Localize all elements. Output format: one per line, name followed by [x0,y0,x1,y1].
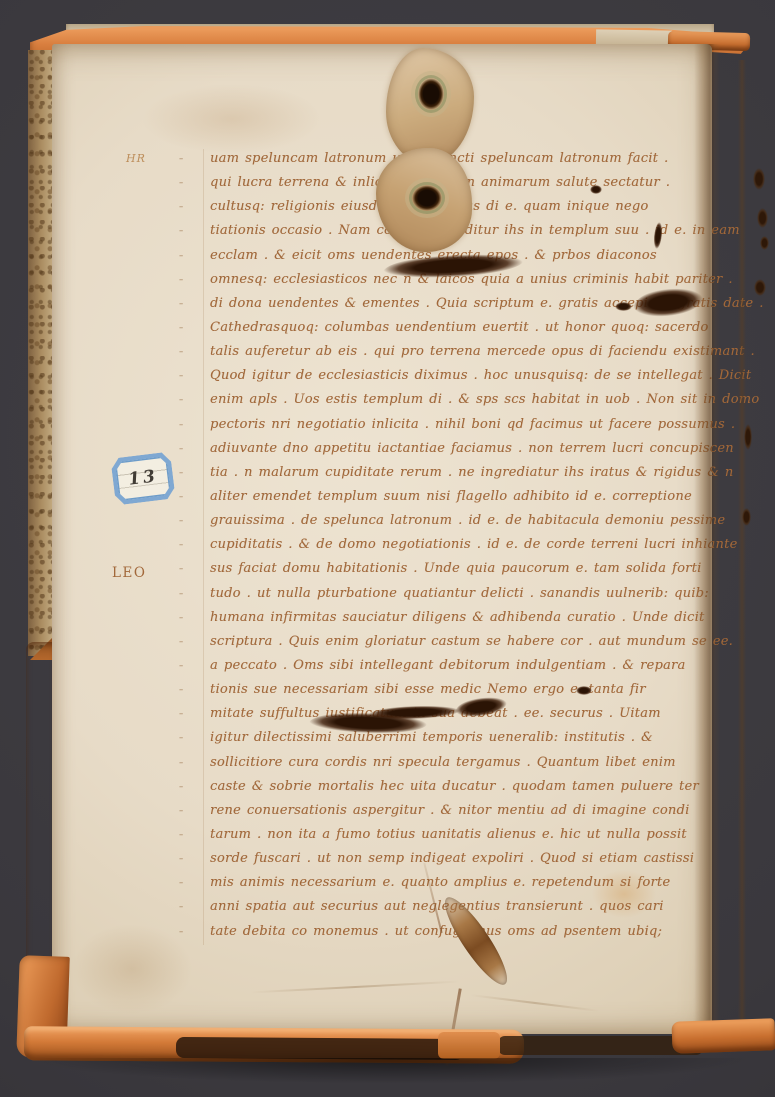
shelfmark-stamp: 13 [110,452,175,506]
manuscript-line: caste & sobrie mortalis hec uita ducatur… [210,775,715,799]
wormhole [754,279,766,296]
manuscript-line: humana infirmitas sauciatur diligens & a… [210,606,715,630]
stamp-number: 13 [117,465,170,492]
manuscript-photo: uam speluncam latronum ulum cuncti spelu… [0,0,775,1097]
book-cast-shadow [26,1058,756,1084]
manuscript-line: pectoris nri negotiatio inlicita . nihil… [210,413,715,437]
leather-bottom-right [671,1018,775,1054]
manuscript-line: grauissima . de spelunca latronum . id e… [210,509,715,533]
quire-mark: HR [126,152,146,165]
wormhole [742,508,751,526]
manuscript-line: sus faciat domu habitationis . Unde quia… [210,557,715,581]
manuscript-line: Quod igitur de ecclesiasticis diximus . … [210,364,715,388]
fore-edge-fold [738,60,746,1030]
wormhole [753,168,765,190]
parchment-hole [418,78,444,110]
crease-line [250,981,460,994]
manuscript-line: Cathedrasquoq: columbas uendentium euert… [210,316,715,340]
leather-bottom-piece [438,1032,500,1059]
wormhole [744,424,752,450]
author-mark-leo: LEO [112,565,146,581]
bottom-dark-gutter [176,1037,464,1060]
manuscript-line: mis animis necessarium e. quanto amplius… [210,871,715,895]
stain [142,84,322,154]
manuscript-line: sollicitiore cura cordis nri specula ter… [210,751,715,775]
parchment-hole [412,185,442,211]
manuscript-line: aliter emendet templum suum nisi flagell… [210,485,715,509]
gutter-shadow [694,44,720,1040]
manuscript-line: tudo . ut nulla pturbatione quatiantur d… [210,582,715,606]
manuscript-line: cupiditatis . & de domo negotiationis . … [210,533,715,557]
wormhole [757,208,768,228]
parchment-page: uam speluncam latronum ulum cuncti spelu… [52,44,712,1034]
manuscript-line: scriptura . Quis enim gloriatur castum s… [210,630,715,654]
manuscript-line: a peccato . Oms sibi intellegant debitor… [210,654,715,678]
manuscript-line: tarum . non ita a fumo totius uanitatis … [210,823,715,847]
manuscript-line: igitur dilectissimi saluberrimi temporis… [210,726,715,750]
manuscript-line: sorde fuscari . ut non semp indigeat exp… [210,847,715,871]
manuscript-line: enim apls . Uos estis templum di . & sps… [210,388,715,412]
stamp-frame: 13 [115,456,171,501]
manuscript-line: tionis sue necessariam sibi esse medic N… [210,678,715,702]
stain [72,924,192,1014]
manuscript-line: adiuvante dno appetitu iactantiae faciam… [210,437,715,461]
wormhole [760,236,769,250]
manuscript-line: talis auferetur ab eis . qui pro terrena… [210,340,715,364]
manuscript-line: tia . n malarum cupiditate rerum . ne in… [210,461,715,485]
manuscript-line: rene conuersationis aspergitur . & nitor… [210,799,715,823]
